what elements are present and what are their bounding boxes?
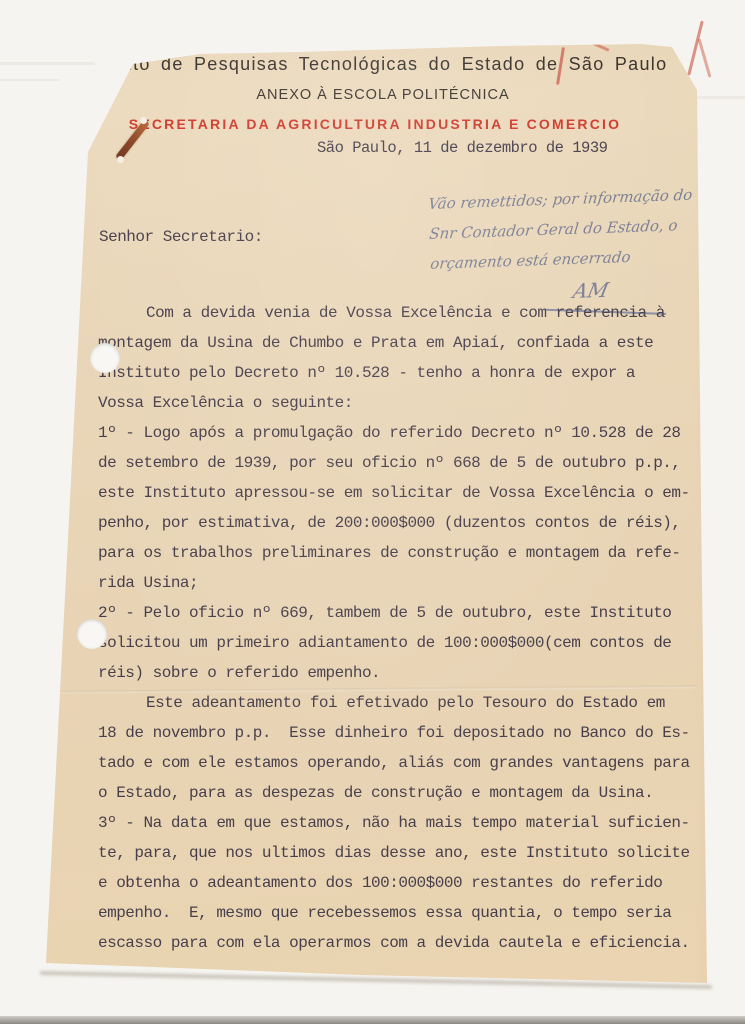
hole-punch — [77, 619, 107, 649]
rust-stain-glint — [117, 156, 124, 163]
body-line: Este adeantamento foi efetivado pelo Tes… — [98, 688, 698, 718]
body-line: empenho. E, mesmo que recebessemos essa … — [98, 898, 698, 928]
letterhead-annex-line: ANEXO À ESCOLA POLITÉCNICA — [133, 87, 633, 103]
scanned-document: Instituto de Pesquisas Tecnológicas do E… — [0, 0, 745, 1024]
body-line: o Estado, para as despezas de construção… — [98, 778, 698, 808]
date-line: São Paulo, 11 de dezembro de 1939 — [317, 139, 607, 157]
letter-page: Instituto de Pesquisas Tecnológicas do E… — [0, 0, 745, 1024]
body-line: montagem da Usina de Chumbo e Prata em A… — [98, 328, 698, 358]
body-line: te, para, que nos ultimos dias desse ano… — [98, 838, 698, 868]
body-line: réis) sobre o referido empenho. — [98, 658, 698, 688]
scanner-streak — [0, 79, 60, 81]
body-line: e obtenha o adeantamento dos 100:000$000… — [98, 868, 698, 898]
salutation: Senhor Secretario: — [99, 228, 263, 246]
letterhead-institute-name: Instituto de Pesquisas Tecnológicas do E… — [76, 54, 667, 75]
body-line: rida Usina; — [98, 568, 698, 598]
red-pen-mark — [586, 39, 609, 52]
letterhead-secretariat-line: SECRETARIA DA AGRICULTURA INDUSTRIA E CO… — [75, 116, 675, 132]
letter-body: Com a devida venia de Vossa Excelência e… — [98, 298, 698, 958]
body-line: 18 de novembro p.p. Esse dinheiro foi de… — [98, 718, 698, 748]
body-line: Vossa Excelência o seguinte: — [98, 388, 698, 418]
body-line: penho, por estimativa, de 200:000$000 (d… — [98, 508, 698, 538]
hole-punch — [90, 343, 120, 373]
body-line: solicitou um primeiro adiantamento de 10… — [98, 628, 698, 658]
scanner-edge — [0, 1016, 745, 1024]
body-line: tado e com ele estamos operando, aliás c… — [98, 748, 698, 778]
body-line: Instituto pelo Decreto nº 10.528 - tenho… — [98, 358, 698, 388]
body-line: 2º - Pelo oficio nº 669, tambem de 5 de … — [98, 598, 698, 628]
scanner-streak — [697, 96, 745, 99]
body-line: 3º - Na data em que estamos, não ha mais… — [98, 808, 698, 838]
scanner-streak — [0, 62, 95, 65]
red-pen-mark — [698, 38, 712, 77]
body-line: este Instituto apressou-se em solicitar … — [98, 478, 698, 508]
body-line: Com a devida venia de Vossa Excelência e… — [98, 298, 698, 328]
body-line: de setembro de 1939, por seu oficio nº 6… — [98, 448, 698, 478]
body-line: escasso para com ela operarmos com a dev… — [98, 928, 698, 958]
annotation-lines: Vão remettidos; por informação doSnr Con… — [428, 179, 711, 279]
body-line: 1º - Logo após a promulgação do referido… — [98, 418, 698, 448]
body-line: para os trabalhos preliminares de constr… — [98, 538, 698, 568]
rust-stain-glint — [140, 117, 147, 124]
